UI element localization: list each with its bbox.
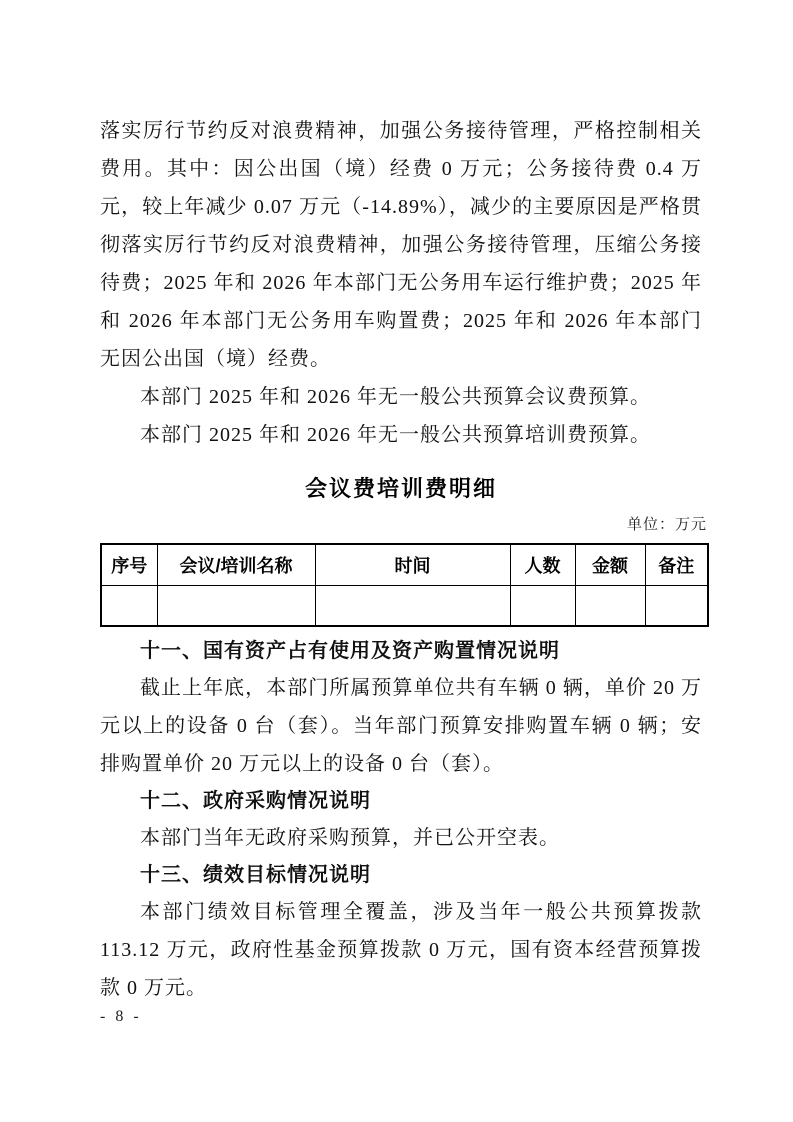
- table-cell-amount: [575, 586, 645, 627]
- page-content: 落实厉行节约反对浪费精神，加强公务接待管理，严格控制相关费用。其中：因公出国（境…: [100, 112, 702, 1007]
- col-header-index: 序号: [101, 544, 157, 586]
- paragraph-no-meeting-fee-budget: 本部门 2025 年和 2026 年无一般公共预算会议费预算。: [100, 378, 702, 416]
- unit-label: 单位：万元: [627, 517, 707, 533]
- table-cell-index: [101, 586, 157, 627]
- section-heading-government-procurement: 十二、政府采购情况说明: [100, 783, 702, 819]
- table-cell-remarks: [645, 586, 708, 627]
- col-header-headcount: 人数: [510, 544, 575, 586]
- col-header-amount: 金额: [575, 544, 645, 586]
- meeting-training-fee-table: 序号 会议/培训名称 时间 人数 金额 备注: [100, 543, 709, 627]
- section-heading-state-assets: 十一、国有资产占有使用及资产购置情况说明: [100, 633, 702, 669]
- section-heading-performance-targets: 十三、绩效目标情况说明: [100, 857, 702, 893]
- document-page: 落实厉行节约反对浪费精神，加强公务接待管理，严格控制相关费用。其中：因公出国（境…: [0, 0, 793, 1122]
- section-body-government-procurement: 本部门当年无政府采购预算，并已公开空表。: [100, 819, 702, 857]
- col-header-remarks: 备注: [645, 544, 708, 586]
- section-body-state-assets: 截止上年底，本部门所属预算单位共有车辆 0 辆，单价 20 万元以上的设备 0 …: [100, 669, 702, 783]
- page-number: - 8 -: [100, 1008, 142, 1026]
- table-row: [101, 586, 708, 627]
- paragraph-three-public-expenses: 落实厉行节约反对浪费精神，加强公务接待管理，严格控制相关费用。其中：因公出国（境…: [100, 112, 702, 378]
- col-header-time: 时间: [315, 544, 510, 586]
- paragraph-no-training-fee-budget: 本部门 2025 年和 2026 年无一般公共预算培训费预算。: [100, 416, 702, 454]
- table-header-row: 序号 会议/培训名称 时间 人数 金额 备注: [101, 544, 708, 586]
- table-cell-meeting-name: [157, 586, 315, 627]
- unit-row: 单位：万元: [100, 512, 707, 538]
- table-cell-time: [315, 586, 510, 627]
- table-cell-headcount: [510, 586, 575, 627]
- section-body-performance-targets: 本部门绩效目标管理全覆盖，涉及当年一般公共预算拨款 113.12 万元，政府性基…: [100, 893, 702, 1007]
- table-title: 会议费培训费明细: [100, 470, 702, 508]
- col-header-meeting-name: 会议/培训名称: [157, 544, 315, 586]
